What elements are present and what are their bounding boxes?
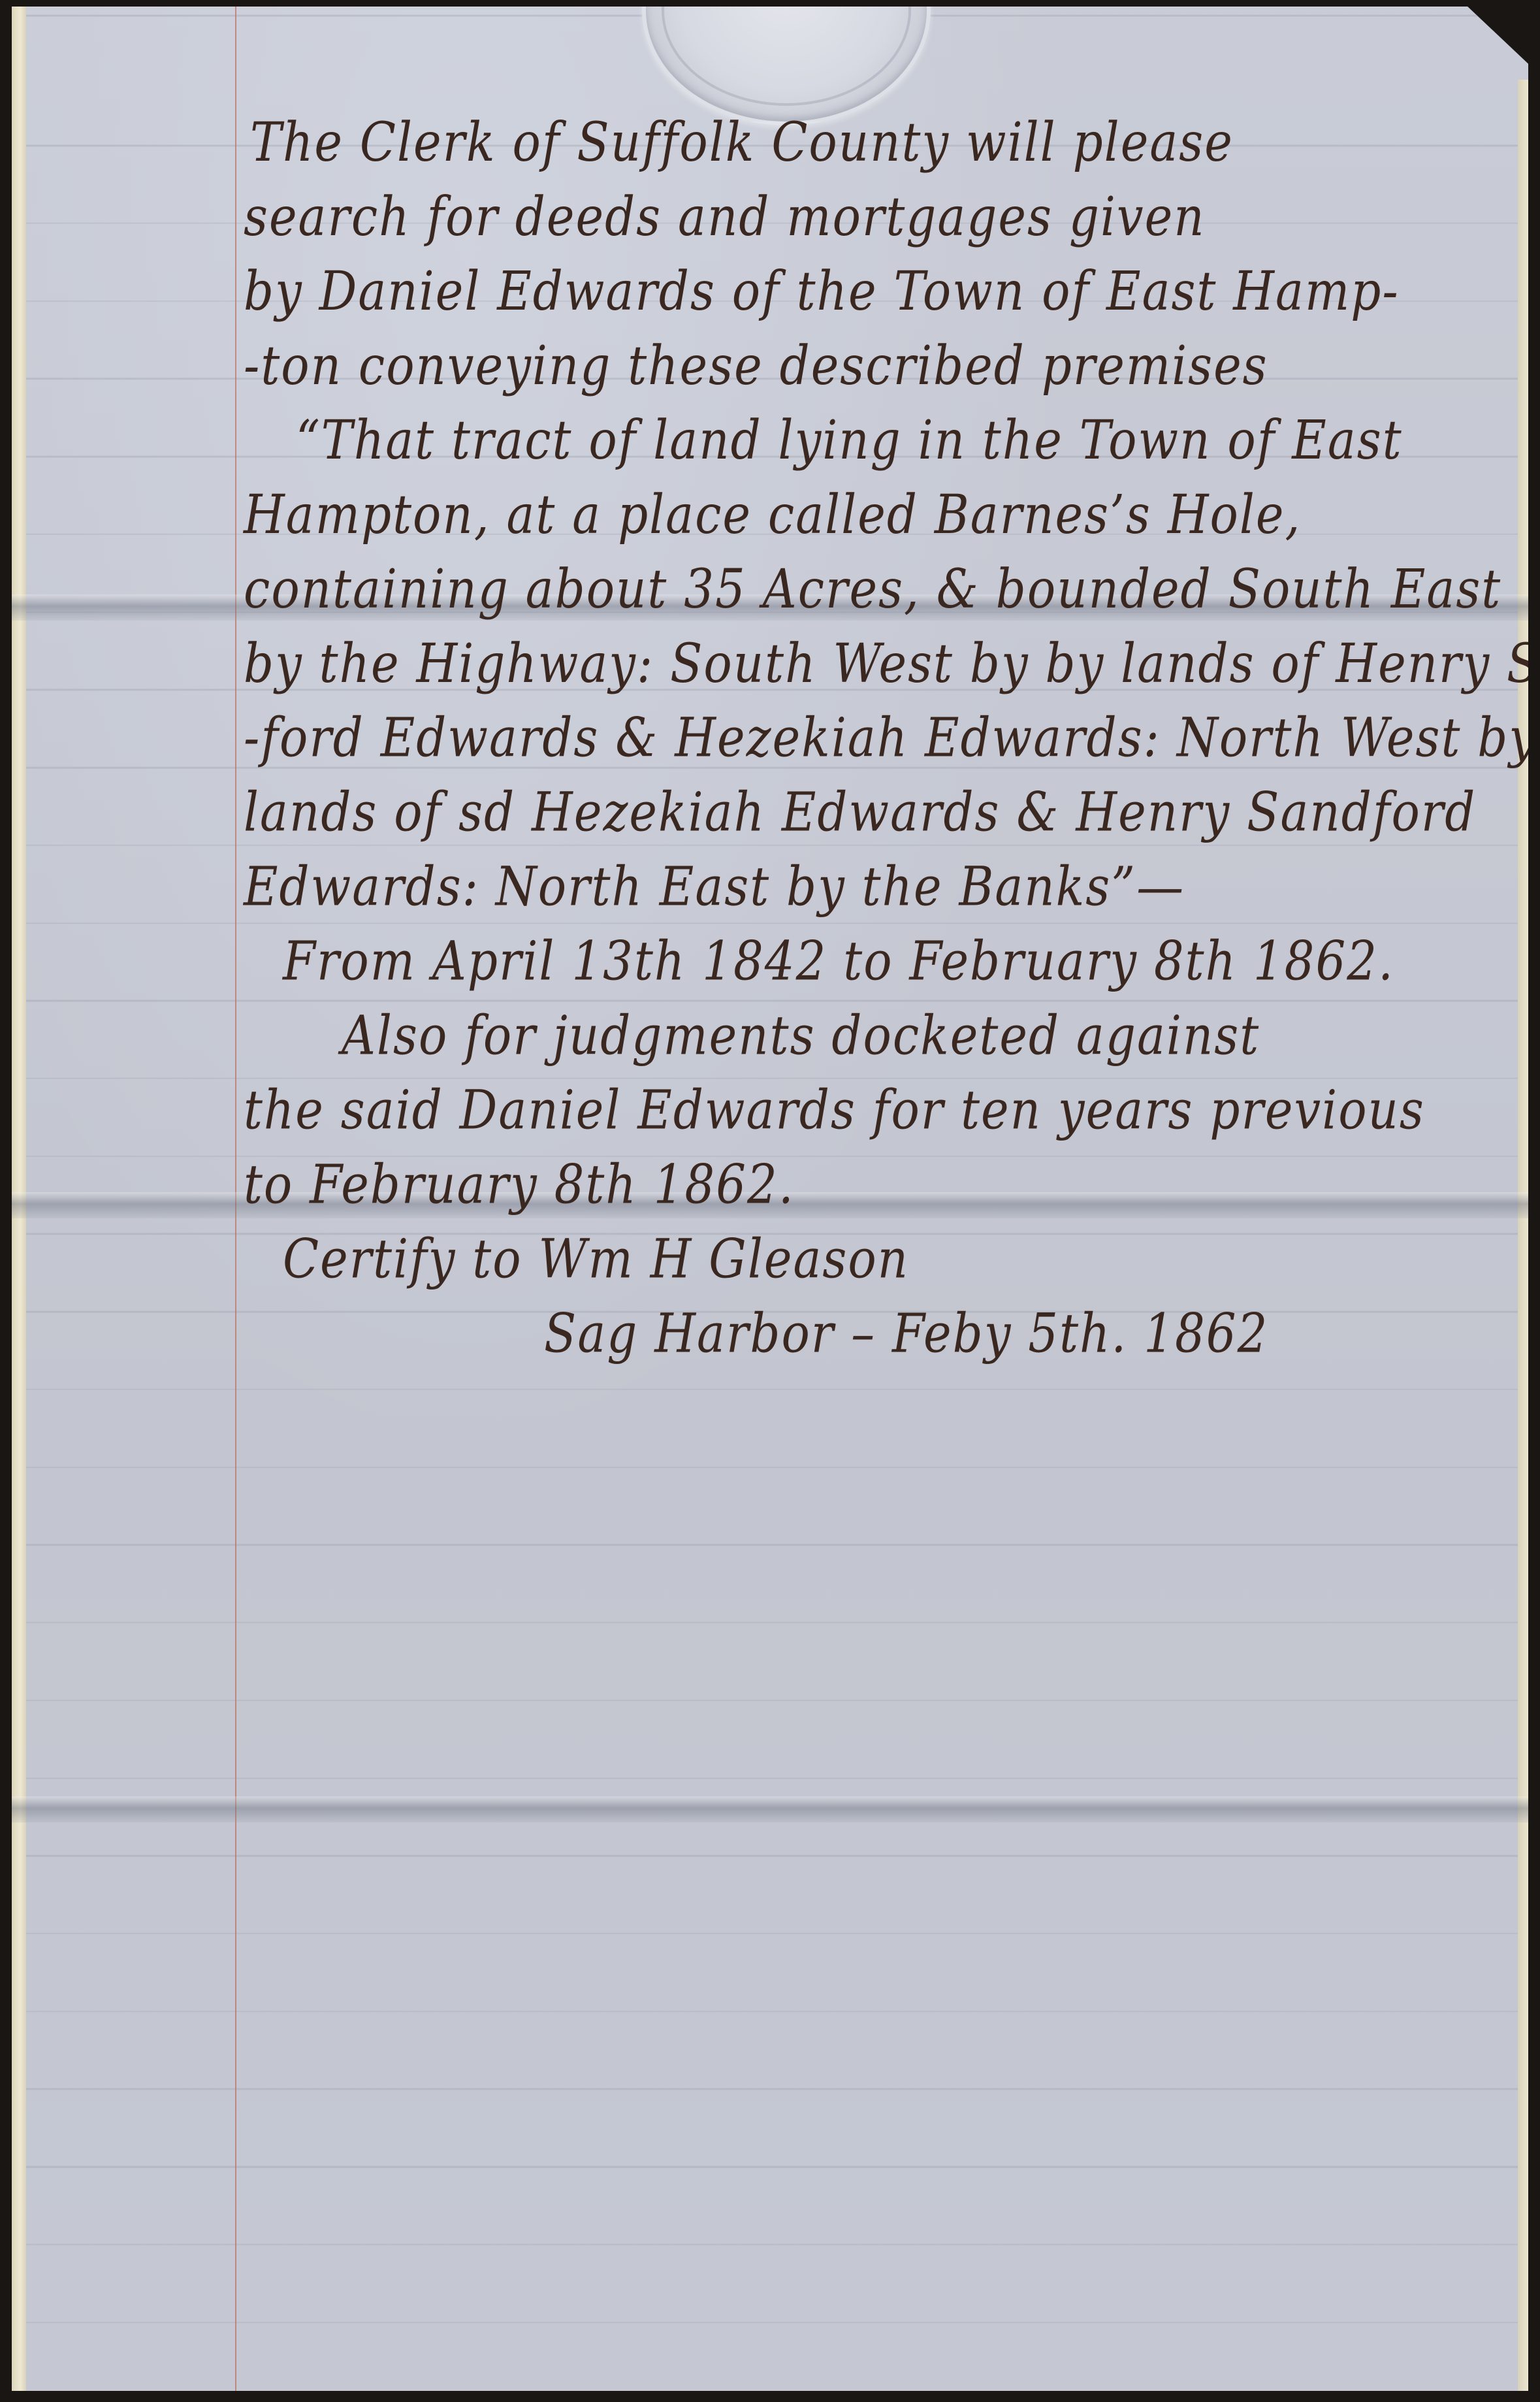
description-line-6: lands of sd Hezekiah Edwards & Henry San… bbox=[244, 775, 1517, 849]
judgments-line-3: to February 8th 1862. bbox=[244, 1147, 1517, 1222]
judgments-line-2: the said Daniel Edwards for ten years pr… bbox=[244, 1073, 1517, 1147]
description-line-5: -ford Edwards & Hezekiah Edwards: North … bbox=[244, 700, 1517, 775]
request-line-2: search for deeds and mortgages given bbox=[244, 179, 1517, 253]
description-line-3: containing about 35 Acres, & bounded Sou… bbox=[244, 551, 1517, 626]
handwritten-text: The Clerk of Suffolk County will please … bbox=[244, 105, 1517, 1371]
description-line-7: Edwards: North East by the Banks”— bbox=[244, 849, 1517, 924]
seal-ring bbox=[662, 0, 911, 106]
date-range-line: From April 13th 1842 to February 8th 186… bbox=[244, 924, 1517, 998]
description-line-4: by the Highway: South West by by lands o… bbox=[244, 626, 1517, 700]
description-line-2: Hampton, at a place called Barnes’s Hole… bbox=[244, 477, 1517, 551]
place-date-line: Sag Harbor – Feby 5th. 1862 bbox=[244, 1296, 1517, 1371]
request-line-3: by Daniel Edwards of the Town of East Ha… bbox=[244, 253, 1517, 328]
certify-line: Certify to Wm H Gleason bbox=[244, 1222, 1517, 1296]
request-line-4: -ton conveying these described premises bbox=[244, 328, 1517, 402]
judgments-line-1: Also for judgments docketed against bbox=[244, 998, 1517, 1073]
fold-line-lower bbox=[12, 1796, 1528, 1823]
right-edge-strip bbox=[1518, 80, 1528, 2391]
request-line-1: The Clerk of Suffolk County will please bbox=[244, 105, 1517, 179]
description-line-1: “That tract of land lying in the Town of… bbox=[244, 402, 1517, 477]
document-page: The Clerk of Suffolk County will please … bbox=[12, 7, 1528, 2391]
